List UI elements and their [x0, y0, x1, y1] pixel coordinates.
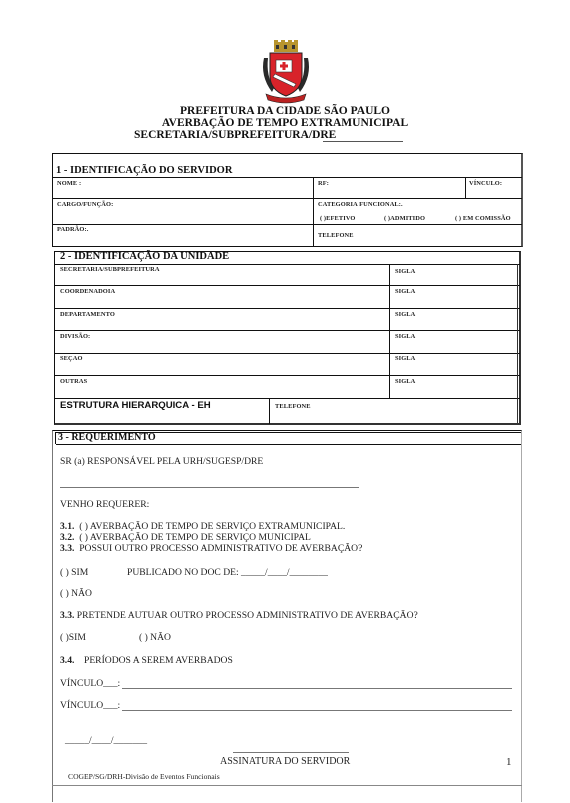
divider	[389, 264, 390, 398]
divider	[55, 353, 520, 354]
divider	[56, 444, 521, 445]
footer-divider	[52, 785, 522, 786]
divider	[55, 432, 56, 444]
option-efetivo-checkbox[interactable]: ( )EFETIVO	[320, 215, 356, 222]
addressee-text: SR (a) RESPONSÁVEL PELA URH/SUGESP/DRE	[60, 456, 263, 467]
item-text: PERÍODOS A SEREM AVERBADOS	[84, 655, 233, 666]
vinculo-period-2-label: VÍNCULO___:	[60, 700, 120, 711]
addressee-blank-line[interactable]	[60, 487, 359, 488]
divider	[55, 285, 520, 286]
footer-department: COGEP/SG/DRH-Divisão de Eventos Funciona…	[68, 772, 220, 781]
emblem-icon	[258, 40, 314, 104]
vinculo-period-1-field[interactable]	[122, 688, 512, 689]
padrao-field[interactable]: PADRÃO:.	[57, 226, 88, 233]
sim-checkbox-2[interactable]: ( )SIM	[60, 632, 86, 643]
divider	[55, 398, 520, 399]
divider	[313, 177, 314, 246]
item-3-2[interactable]: 3.2. ( ) AVERBAÇÃO DE TEMPO DE SERVIÇO M…	[60, 532, 311, 543]
vinculo-period-1-label: VÍNCULO___:	[60, 678, 120, 689]
divider	[55, 330, 520, 331]
nao-checkbox[interactable]: ( ) NÃO	[60, 588, 92, 599]
signature-line[interactable]	[233, 752, 349, 753]
rf-field[interactable]: RF:	[318, 180, 329, 187]
vinculo-field[interactable]: VÍNCULO:	[469, 180, 502, 187]
sigla-field[interactable]: SIGLA	[395, 333, 415, 340]
sigla-field[interactable]: SIGLA	[395, 311, 415, 318]
sigla-field[interactable]: SIGLA	[395, 355, 415, 362]
divider	[55, 308, 520, 309]
item-3-1[interactable]: 3.1. ( ) AVERBAÇÃO DE TEMPO DE SERVIÇO E…	[60, 521, 345, 532]
item-text: PRETENDE AUTUAR OUTRO PROCESSO ADMINISTR…	[77, 610, 418, 621]
divider	[55, 264, 520, 265]
venho-requerer-text: VENHO REQUERER:	[60, 499, 149, 510]
sigla-field[interactable]: SIGLA	[395, 378, 415, 385]
header-secretaria-label: SECRETARIA/SUBPREFEITURA/DRE	[134, 129, 336, 141]
secao-field[interactable]: SEÇAO	[60, 355, 83, 362]
divisao-field[interactable]: DIVISÃO:	[60, 333, 90, 340]
departamento-field[interactable]: DEPARTAMENTO	[60, 311, 115, 318]
secretaria-subprefeitura-field[interactable]: SECRETARIA/SUBPREFEITURA	[60, 266, 160, 273]
item-number: 3.1.	[60, 521, 74, 532]
item-text: ( ) AVERBAÇÃO DE TEMPO DE SERVIÇO EXTRAM…	[79, 521, 345, 532]
estrutura-hierarquica-label: ESTRUTURA HIERARQUICA - EH	[60, 400, 211, 411]
header-institution: PREFEITURA DA CIDADE SÃO PAULO	[0, 105, 570, 117]
vinculo-period-2-field[interactable]	[122, 710, 512, 711]
sigla-field[interactable]: SIGLA	[395, 288, 415, 295]
divider	[465, 177, 466, 198]
item-number: 3.4.	[60, 655, 74, 666]
section-3-title: 3 - REQUERIMENTO	[58, 432, 156, 443]
outras-field[interactable]: OUTRAS	[60, 378, 87, 385]
item-text: POSSUI OUTRO PROCESSO ADMINISTRATIVO DE …	[79, 543, 362, 554]
option-admitido-checkbox[interactable]: ( )ADMITIDO	[384, 215, 425, 222]
section-2-title: 2 - IDENTIFICAÇÃO DA UNIDADE	[60, 251, 229, 262]
item-number: 3.2.	[60, 532, 74, 543]
item-number: 3.3.	[60, 610, 74, 621]
sim-checkbox[interactable]: ( ) SIM	[60, 567, 88, 578]
nome-field[interactable]: NOME :	[57, 180, 81, 187]
telefone-field[interactable]: TELEFONE	[275, 403, 311, 410]
divider	[269, 398, 270, 424]
signature-label: ASSINATURA DO SERVIDOR	[220, 756, 350, 767]
header-secretaria-blank[interactable]	[323, 141, 403, 142]
divider	[53, 198, 522, 199]
item-3-3: 3.3. POSSUI OUTRO PROCESSO ADMINISTRATIV…	[60, 543, 362, 554]
item-text: ( ) AVERBAÇÃO DE TEMPO DE SERVIÇO MUNICI…	[79, 532, 311, 543]
divider	[53, 177, 522, 178]
page-number: 1	[506, 756, 512, 768]
coordenadoria-field[interactable]: COORDENADOIA	[60, 288, 115, 295]
item-number: 3.3.	[60, 543, 74, 554]
divider	[55, 375, 520, 376]
header-form-title: AVERBAÇÃO DE TEMPO EXTRAMUNICIPAL	[0, 117, 570, 129]
header-secretaria-line: SECRETARIA/SUBPREFEITURA/DRE	[134, 129, 336, 141]
nao-checkbox-2[interactable]: ( ) NÃO	[139, 632, 171, 643]
section-1-title: 1 - IDENTIFICAÇÃO DO SERVIDOR	[56, 165, 232, 176]
option-em-comissao-checkbox[interactable]: ( ) EM COMISSÃO	[455, 215, 511, 222]
sigla-field[interactable]: SIGLA	[395, 268, 415, 275]
telefone-field[interactable]: TELEFONE	[318, 232, 354, 239]
divider	[53, 224, 522, 225]
question-3-3-pretende: 3.3. PRETENDE AUTUAR OUTRO PROCESSO ADMI…	[60, 610, 418, 621]
question-3-4-periodos: 3.4. PERÍODOS A SEREM AVERBADOS	[60, 655, 233, 666]
categoria-funcional-label: CATEGORIA FUNCIONAL:.	[318, 201, 403, 208]
cargo-funcao-field[interactable]: CARGO/FUNÇÃO:	[57, 201, 113, 208]
publicado-doc-field[interactable]: PUBLICADO NO DOC DE: _____/____/________	[127, 567, 328, 578]
coat-of-arms-emblem	[258, 40, 314, 104]
date-field[interactable]: _____/____/_______	[65, 735, 147, 746]
divider	[517, 264, 518, 424]
